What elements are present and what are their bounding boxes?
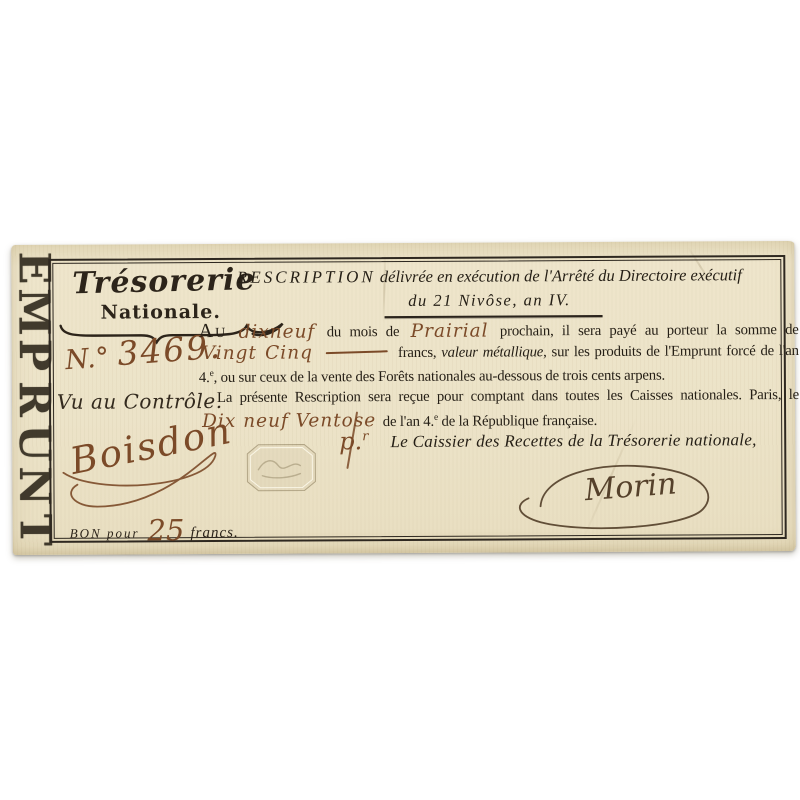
edge-letter: N (15, 466, 53, 506)
bon-amount: 25 (147, 513, 184, 547)
cashier-abbrev: p.r (339, 427, 368, 455)
body-paragraph: Au dixneuf du mois de Prairial prochain,… (199, 320, 799, 389)
cashier-abbrev-sup: r (362, 429, 368, 444)
body-text: , ou sur ceux de la vente des Forêts nat… (214, 368, 665, 386)
superscript-e: e (434, 412, 438, 422)
cashier-abbrev-text: p. (339, 427, 362, 455)
rescription-document: EMPRUNT Trésorerie Nationale. N.° 3469. … (11, 241, 796, 555)
bon-pour-line: BON pour25francs. (70, 510, 239, 545)
title-rule (385, 315, 603, 318)
printed-border-frame: Trésorerie Nationale. N.° 3469. Vu au Co… (48, 255, 786, 543)
signature-morin: Morin (506, 447, 721, 538)
serial-label: N.° (64, 342, 110, 376)
edge-letter: U (15, 424, 53, 462)
hw-amount-words: Vingt Cinq (199, 342, 316, 364)
title-line2: du 21 Nivôse, an IV. (198, 289, 780, 312)
edge-letter: T (16, 514, 54, 546)
title-line1: RESCRIPTION délivrée en exécution de l'A… (198, 265, 780, 288)
title-keyword: RESCRIPTION (237, 267, 376, 287)
clause-paris: Paris, le (749, 387, 799, 403)
amount-filler-dash (326, 350, 388, 354)
body-au: Au (199, 320, 228, 342)
body-text-italic: valeur métallique, (441, 344, 546, 361)
title-rest: délivrée en exécution de l'Arrêté du Dir… (380, 265, 742, 286)
clause-text: La présente Rescription sera reçue pour … (217, 387, 742, 406)
body-text: prochain, il sera payé au porteur la som… (500, 322, 799, 340)
body-text: francs, (398, 344, 437, 360)
body-text: du mois de (327, 324, 400, 340)
bon-suffix: francs. (190, 525, 238, 541)
edge-letter: E (14, 251, 52, 284)
signature-morin-text: Morin (583, 466, 677, 508)
embossed-stamp (246, 443, 316, 491)
edge-letter: M (14, 288, 52, 336)
edge-letter: P (15, 339, 53, 372)
hw-day: dixneuf (235, 321, 318, 342)
hw-month: Prairial (408, 321, 492, 342)
bon-prefix: BON pour (70, 525, 140, 540)
edge-letter: R (15, 381, 53, 417)
photo-canvas: EMPRUNT Trésorerie Nationale. N.° 3469. … (0, 0, 800, 800)
